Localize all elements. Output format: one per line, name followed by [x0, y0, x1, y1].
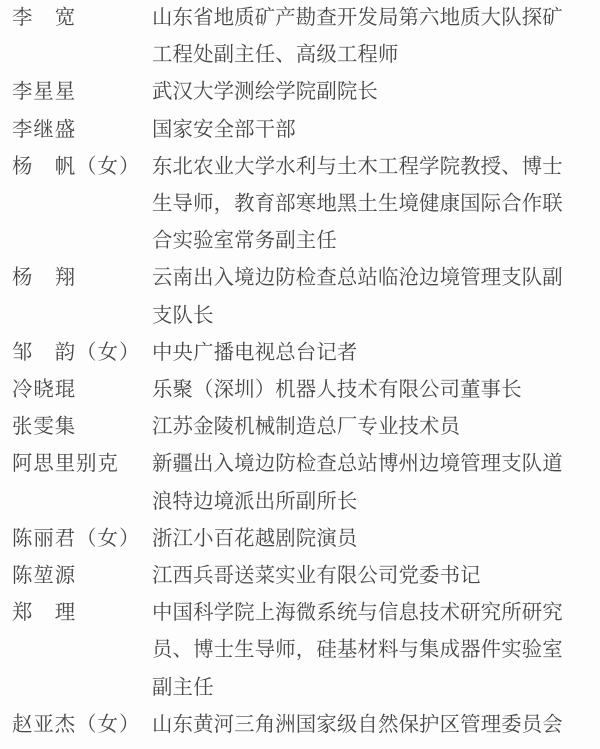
description-line: 武汉大学测绘学院副院长: [152, 74, 600, 111]
list-entry: 杨 翔云南出入境边防检查总站临沧边境管理支队副支队长: [0, 260, 600, 334]
person-description: 浙江小百花越剧院演员: [152, 521, 600, 558]
list-entry: 阿思里别克新疆出入境边防检查总站博州边境管理支队道浪特边境派出所副所长: [0, 446, 600, 520]
description-line: 支队长: [152, 298, 600, 335]
person-name: 邹 韵（女）: [12, 335, 152, 372]
person-name: 李继盛: [12, 112, 152, 149]
person-description: 国家安全部干部: [152, 112, 600, 149]
description-line: 员、博士生导师，硅基材料与集成器件实验室: [152, 632, 600, 669]
person-description: 中国科学院上海微系统与信息技术研究所研究员、博士生导师，硅基材料与集成器件实验室…: [152, 595, 600, 707]
description-line: 云南出入境边防检查总站临沧边境管理支队副: [152, 260, 600, 297]
description-line: 新疆出入境边防检查总站博州边境管理支队道: [152, 446, 600, 483]
person-description: 东北农业大学水利与土木工程学院教授、博士生导师，教育部寒地黑土生境健康国际合作联…: [152, 149, 600, 261]
description-line: 中国科学院上海微系统与信息技术研究所研究: [152, 595, 600, 632]
description-line: 合实验室常务副主任: [152, 223, 600, 260]
person-name: 陈堃源: [12, 558, 152, 595]
person-description: 云南出入境边防检查总站临沧边境管理支队副支队长: [152, 260, 600, 334]
list-entry: 李 宽山东省地质矿产勘查开发局第六地质大队探矿工程处副主任、高级工程师: [0, 0, 600, 74]
person-name: 杨 帆（女）: [12, 149, 152, 186]
list-entry: 陈丽君（女）浙江小百花越剧院演员: [0, 521, 600, 558]
description-line: 国家安全部干部: [152, 112, 600, 149]
person-name: 郑 理: [12, 595, 152, 632]
person-name: 杨 翔: [12, 260, 152, 297]
description-line: 副主任: [152, 670, 600, 707]
list-entry: 赵亚杰（女）山东黄河三角洲国家级自然保护区管理委员会: [0, 707, 600, 744]
description-line: 山东黄河三角洲国家级自然保护区管理委员会: [152, 707, 600, 744]
description-line: 东北农业大学水利与土木工程学院教授、博士: [152, 149, 600, 186]
person-description: 江苏金陵机械制造总厂专业技术员: [152, 409, 600, 446]
person-description: 新疆出入境边防检查总站博州边境管理支队道浪特边境派出所副所长: [152, 446, 600, 520]
person-description: 江西兵哥送菜实业有限公司党委书记: [152, 558, 600, 595]
person-description: 山东省地质矿产勘查开发局第六地质大队探矿工程处副主任、高级工程师: [152, 0, 600, 74]
person-name: 陈丽君（女）: [12, 521, 152, 558]
list-entry: 李继盛国家安全部干部: [0, 112, 600, 149]
list-entry: 郑 理中国科学院上海微系统与信息技术研究所研究员、博士生导师，硅基材料与集成器件…: [0, 595, 600, 707]
description-line: 工程处副主任、高级工程师: [152, 37, 600, 74]
list-entry: 邹 韵（女）中央广播电视总台记者: [0, 335, 600, 372]
person-description: 中央广播电视总台记者: [152, 335, 600, 372]
list-entry: 李星星武汉大学测绘学院副院长: [0, 74, 600, 111]
description-line: 江西兵哥送菜实业有限公司党委书记: [152, 558, 600, 595]
document-page: 李 宽山东省地质矿产勘查开发局第六地质大队探矿工程处副主任、高级工程师李星星武汉…: [0, 0, 600, 749]
list-entry: 陈堃源江西兵哥送菜实业有限公司党委书记: [0, 558, 600, 595]
description-line: 浪特边境派出所副所长: [152, 484, 600, 521]
person-name: 李星星: [12, 74, 152, 111]
person-name: 赵亚杰（女）: [12, 707, 152, 744]
person-name: 冷晓琨: [12, 372, 152, 409]
person-name: 张雯集: [12, 409, 152, 446]
description-line: 中央广播电视总台记者: [152, 335, 600, 372]
person-name: 李 宽: [12, 0, 152, 37]
description-line: 山东省地质矿产勘查开发局第六地质大队探矿: [152, 0, 600, 37]
description-line: 江苏金陵机械制造总厂专业技术员: [152, 409, 600, 446]
list-entry: 张雯集江苏金陵机械制造总厂专业技术员: [0, 409, 600, 446]
person-description: 山东黄河三角洲国家级自然保护区管理委员会: [152, 707, 600, 744]
person-description: 武汉大学测绘学院副院长: [152, 74, 600, 111]
description-line: 浙江小百花越剧院演员: [152, 521, 600, 558]
person-name: 阿思里别克: [12, 446, 152, 483]
description-line: 生导师，教育部寒地黑土生境健康国际合作联: [152, 186, 600, 223]
list-entry: 杨 帆（女）东北农业大学水利与土木工程学院教授、博士生导师，教育部寒地黑土生境健…: [0, 149, 600, 261]
list-entry: 冷晓琨乐聚（深圳）机器人技术有限公司董事长: [0, 372, 600, 409]
description-line: 乐聚（深圳）机器人技术有限公司董事长: [152, 372, 600, 409]
person-description: 乐聚（深圳）机器人技术有限公司董事长: [152, 372, 600, 409]
